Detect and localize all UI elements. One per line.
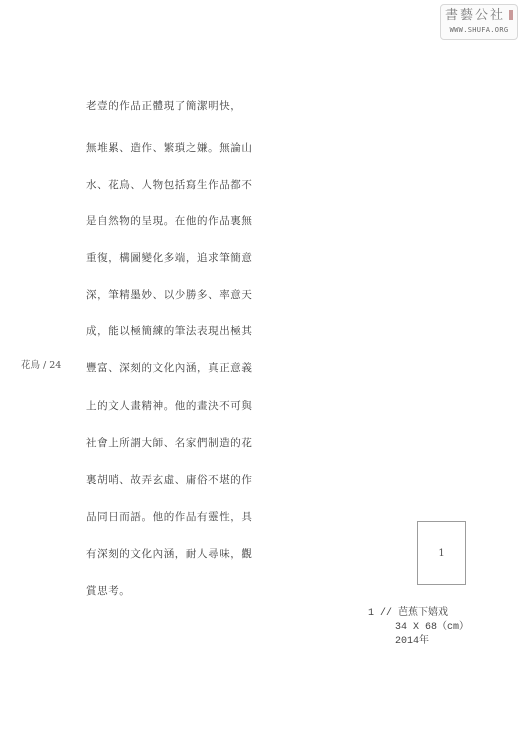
seal-icon <box>509 10 513 20</box>
body-line: 上的文人畫精神。他的畫決不可與 <box>86 399 253 413</box>
body-line: 社會上所謂大師、名家們制造的花 <box>86 436 253 450</box>
page-label: 花鳥 / 24 <box>21 357 61 371</box>
body-line: 有深刻的文化內涵，耐人尋味，觀 <box>86 547 253 561</box>
caption-dimensions: 34 X 68（cm） <box>368 621 469 635</box>
body-line: 裏胡哨、故弄玄虛、庸俗不堪的作 <box>86 473 253 487</box>
artwork-thumbnail: 1 <box>417 521 466 585</box>
thumbnail-number: 1 <box>418 548 465 559</box>
shufa-watermark: 書藝公社 WWW.SHUFA.ORG <box>440 4 518 40</box>
body-line: 豐富、深刻的文化內涵，真正意義 <box>86 361 253 375</box>
watermark-url: WWW.SHUFA.ORG <box>441 26 517 34</box>
caption-title: 1 // 芭蕉下嬉戏 <box>368 607 469 621</box>
body-line: 賞思考。 <box>86 584 130 598</box>
watermark-logo: 書藝公社 <box>445 8 515 24</box>
body-line: 水、花鳥、人物包括寫生作品都不 <box>86 178 253 192</box>
body-line: 重復，構圖變化多端，追求筆簡意 <box>86 251 253 265</box>
body-line: 老壹的作品正體現了簡潔明快， <box>86 99 241 113</box>
caption-year: 2014年 <box>368 635 469 649</box>
body-line: 無堆累、造作、繁瑣之嫌。無論山 <box>86 141 253 155</box>
body-line: 深，筆精墨妙、以少勝多、率意天 <box>86 288 253 302</box>
body-line: 是自然物的呈現。在他的作品裏無 <box>86 214 253 228</box>
body-line: 成，能以極簡練的筆法表現出極其 <box>86 324 253 338</box>
artwork-caption: 1 // 芭蕉下嬉戏 34 X 68（cm） 2014年 <box>368 607 469 649</box>
body-line: 品同日而語。他的作品有靈性，具 <box>86 510 253 524</box>
